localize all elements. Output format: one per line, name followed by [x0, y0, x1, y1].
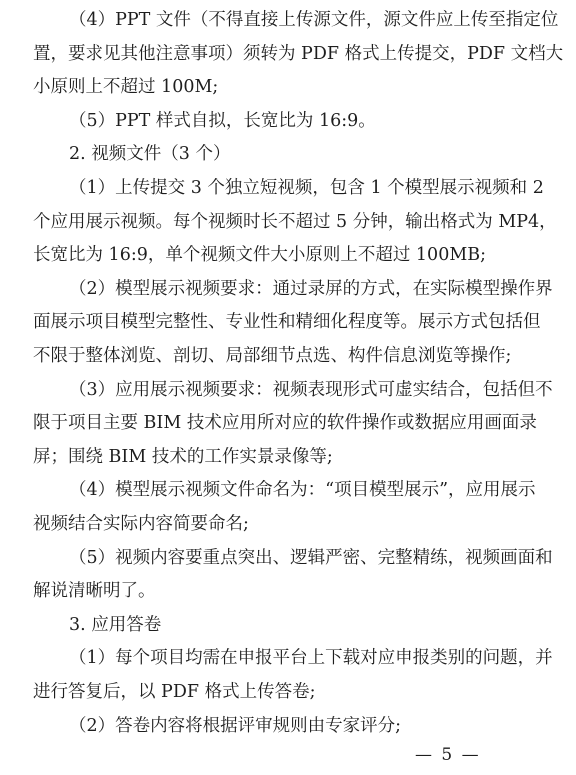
- text-line: 小原则上不超过 100M;: [33, 76, 493, 98]
- text-line: （4）模型展示视频文件命名为：“项目模型展示”，应用展示: [69, 479, 493, 501]
- text-line: 视频结合实际内容简要命名;: [33, 513, 493, 535]
- text-line: （2）模型展示视频要求：通过录屏的方式，在实际模型操作界: [69, 278, 493, 300]
- text-line: 3. 应用答卷: [69, 614, 493, 636]
- page-number: — 5 —: [415, 745, 481, 765]
- text-line: （4）PPT 文件（不得直接上传源文件，源文件应上传至指定位: [69, 9, 493, 31]
- text-line: （2）答卷内容将根据评审规则由专家评分;: [69, 715, 493, 737]
- text-line: 屏；围绕 BIM 技术的工作实景录像等;: [33, 446, 493, 468]
- text-line: 2. 视频文件（3 个）: [69, 143, 493, 165]
- text-line: 面展示项目模型完整性、专业性和精细化程度等。展示方式包括但: [33, 311, 493, 333]
- document-page: （4）PPT 文件（不得直接上传源文件，源文件应上传至指定位置，要求见其他注意事…: [0, 0, 576, 775]
- text-line: 解说清晰明了。: [33, 580, 493, 602]
- text-line: （1）每个项目均需在申报平台上下载对应申报类别的问题，并: [69, 647, 493, 669]
- text-line: 长宽比为 16:9，单个视频文件大小原则上不超过 100MB;: [33, 244, 493, 266]
- text-line: （3）应用展示视频要求：视频表现形式可虚实结合，包括但不: [69, 379, 493, 401]
- text-line: （5）视频内容要重点突出、逻辑严密、完整精练，视频画面和: [69, 547, 493, 569]
- text-line: 置，要求见其他注意事项）须转为 PDF 格式上传提交，PDF 文档大: [33, 43, 493, 65]
- text-line: 个应用展示视频。每个视频时长不超过 5 分钟，输出格式为 MP4，: [33, 211, 493, 233]
- text-line: 限于项目主要 BIM 技术应用所对应的软件操作或数据应用画面录: [33, 412, 493, 434]
- text-line: （1）上传提交 3 个独立短视频，包含 1 个模型展示视频和 2: [69, 177, 493, 199]
- text-line: 不限于整体浏览、剖切、局部细节点选、构件信息浏览等操作;: [33, 345, 493, 367]
- text-line: （5）PPT 样式自拟，长宽比为 16:9。: [69, 110, 493, 132]
- text-line: 进行答复后，以 PDF 格式上传答卷;: [33, 681, 493, 703]
